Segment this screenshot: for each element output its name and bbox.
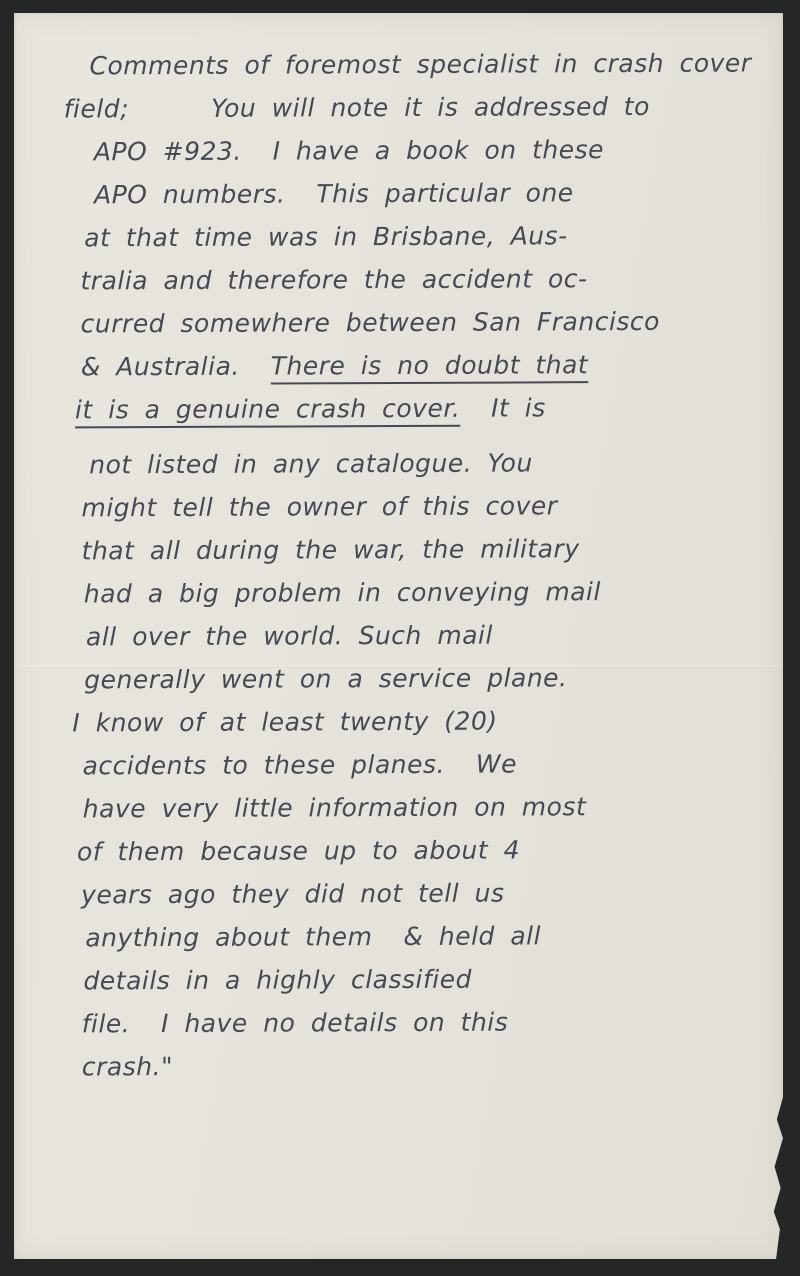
handwritten-text: You will note it is addressed to bbox=[211, 92, 650, 123]
handwritten-line: details in a highly classified bbox=[83, 956, 750, 1002]
handwritten-line: years ago they did not tell us bbox=[81, 870, 750, 916]
handwritten-line: that all during the war, the military bbox=[82, 526, 749, 572]
handwritten-text: years ago they did not tell us bbox=[81, 879, 504, 910]
handwritten-text: have very little information on most bbox=[83, 792, 587, 823]
handwritten-line: APO #923. I have a book on these bbox=[94, 127, 747, 173]
underlined-text: it is a genuine crash cover. bbox=[75, 394, 460, 425]
handwritten-line: crash." bbox=[82, 1042, 751, 1088]
handwritten-text: & Australia. bbox=[81, 352, 271, 382]
handwritten-text: accidents to these planes. We bbox=[83, 749, 517, 780]
handwritten-line: had a big problem in conveying mail bbox=[84, 569, 749, 615]
handwritten-line: at that time was in Brisbane, Aus- bbox=[84, 213, 747, 259]
handwritten-text: not listed in any catalogue. You bbox=[89, 448, 533, 479]
handwritten-line: Comments of foremost specialist in crash… bbox=[89, 41, 746, 87]
handwritten-text: generally went on a service plane. bbox=[84, 663, 567, 694]
underlined-text: There is no doubt that bbox=[271, 350, 589, 380]
handwritten-line: it is a genuine crash cover. It is bbox=[75, 385, 748, 431]
photo-background: Comments of foremost specialist in crash… bbox=[0, 0, 800, 1276]
handwritten-text: APO #923. I have a book on these bbox=[94, 135, 604, 166]
handwritten-line: & Australia. There is no doubt that bbox=[81, 342, 748, 388]
handwritten-line: curred somewhere between San Francisco bbox=[81, 299, 748, 345]
handwritten-text: file. I have no details on this bbox=[82, 1008, 509, 1039]
handwritten-line: anything about them & held all bbox=[85, 913, 750, 959]
handwritten-text: curred somewhere between San Francisco bbox=[81, 307, 660, 339]
handwritten-line: file. I have no details on this bbox=[82, 999, 751, 1045]
handwritten-line: generally went on a service plane. bbox=[84, 655, 749, 701]
handwritten-line: accidents to these planes. We bbox=[82, 741, 749, 787]
handwritten-line: tralia and therefore the accident oc- bbox=[80, 256, 747, 302]
handwritten-line: of them because up to about 4 bbox=[77, 827, 750, 873]
handwritten-line: not listed in any catalogue. You bbox=[89, 440, 748, 486]
handwritten-text: field; bbox=[64, 94, 130, 123]
handwritten-text: might tell the owner of this cover bbox=[81, 491, 557, 522]
handwritten-line: I know of at least twenty (20) bbox=[72, 698, 749, 744]
handwritten-text: anything about them & held all bbox=[85, 921, 541, 952]
handwritten-line: field;You will note it is addressed to bbox=[64, 84, 747, 130]
handwriting-lines: Comments of foremost specialist in crash… bbox=[11, 11, 785, 1260]
handwritten-text: details in a highly classified bbox=[83, 965, 472, 996]
handwritten-line: have very little information on most bbox=[83, 784, 750, 830]
handwritten-text: I know of at least twenty (20) bbox=[72, 707, 497, 738]
handwritten-text: It is bbox=[460, 393, 546, 422]
handwritten-letter-page: Comments of foremost specialist in crash… bbox=[14, 13, 783, 1259]
handwritten-line: all over the world. Such mail bbox=[86, 612, 749, 658]
handwritten-text: APO numbers. This particular one bbox=[94, 178, 574, 209]
handwritten-text: had a big problem in conveying mail bbox=[84, 577, 601, 608]
handwritten-text: at that time was in Brisbane, Aus- bbox=[84, 221, 568, 252]
handwritten-line: might tell the owner of this cover bbox=[81, 483, 748, 529]
handwritten-text: Comments of foremost specialist in crash… bbox=[89, 48, 751, 80]
handwritten-text: that all during the war, the military bbox=[82, 534, 580, 565]
handwritten-text: all over the world. Such mail bbox=[86, 621, 493, 652]
handwritten-text: tralia and therefore the accident oc- bbox=[80, 264, 587, 295]
handwritten-line: APO numbers. This particular one bbox=[94, 170, 747, 216]
handwritten-text: crash." bbox=[82, 1052, 173, 1081]
handwritten-text: of them because up to about 4 bbox=[77, 835, 520, 866]
